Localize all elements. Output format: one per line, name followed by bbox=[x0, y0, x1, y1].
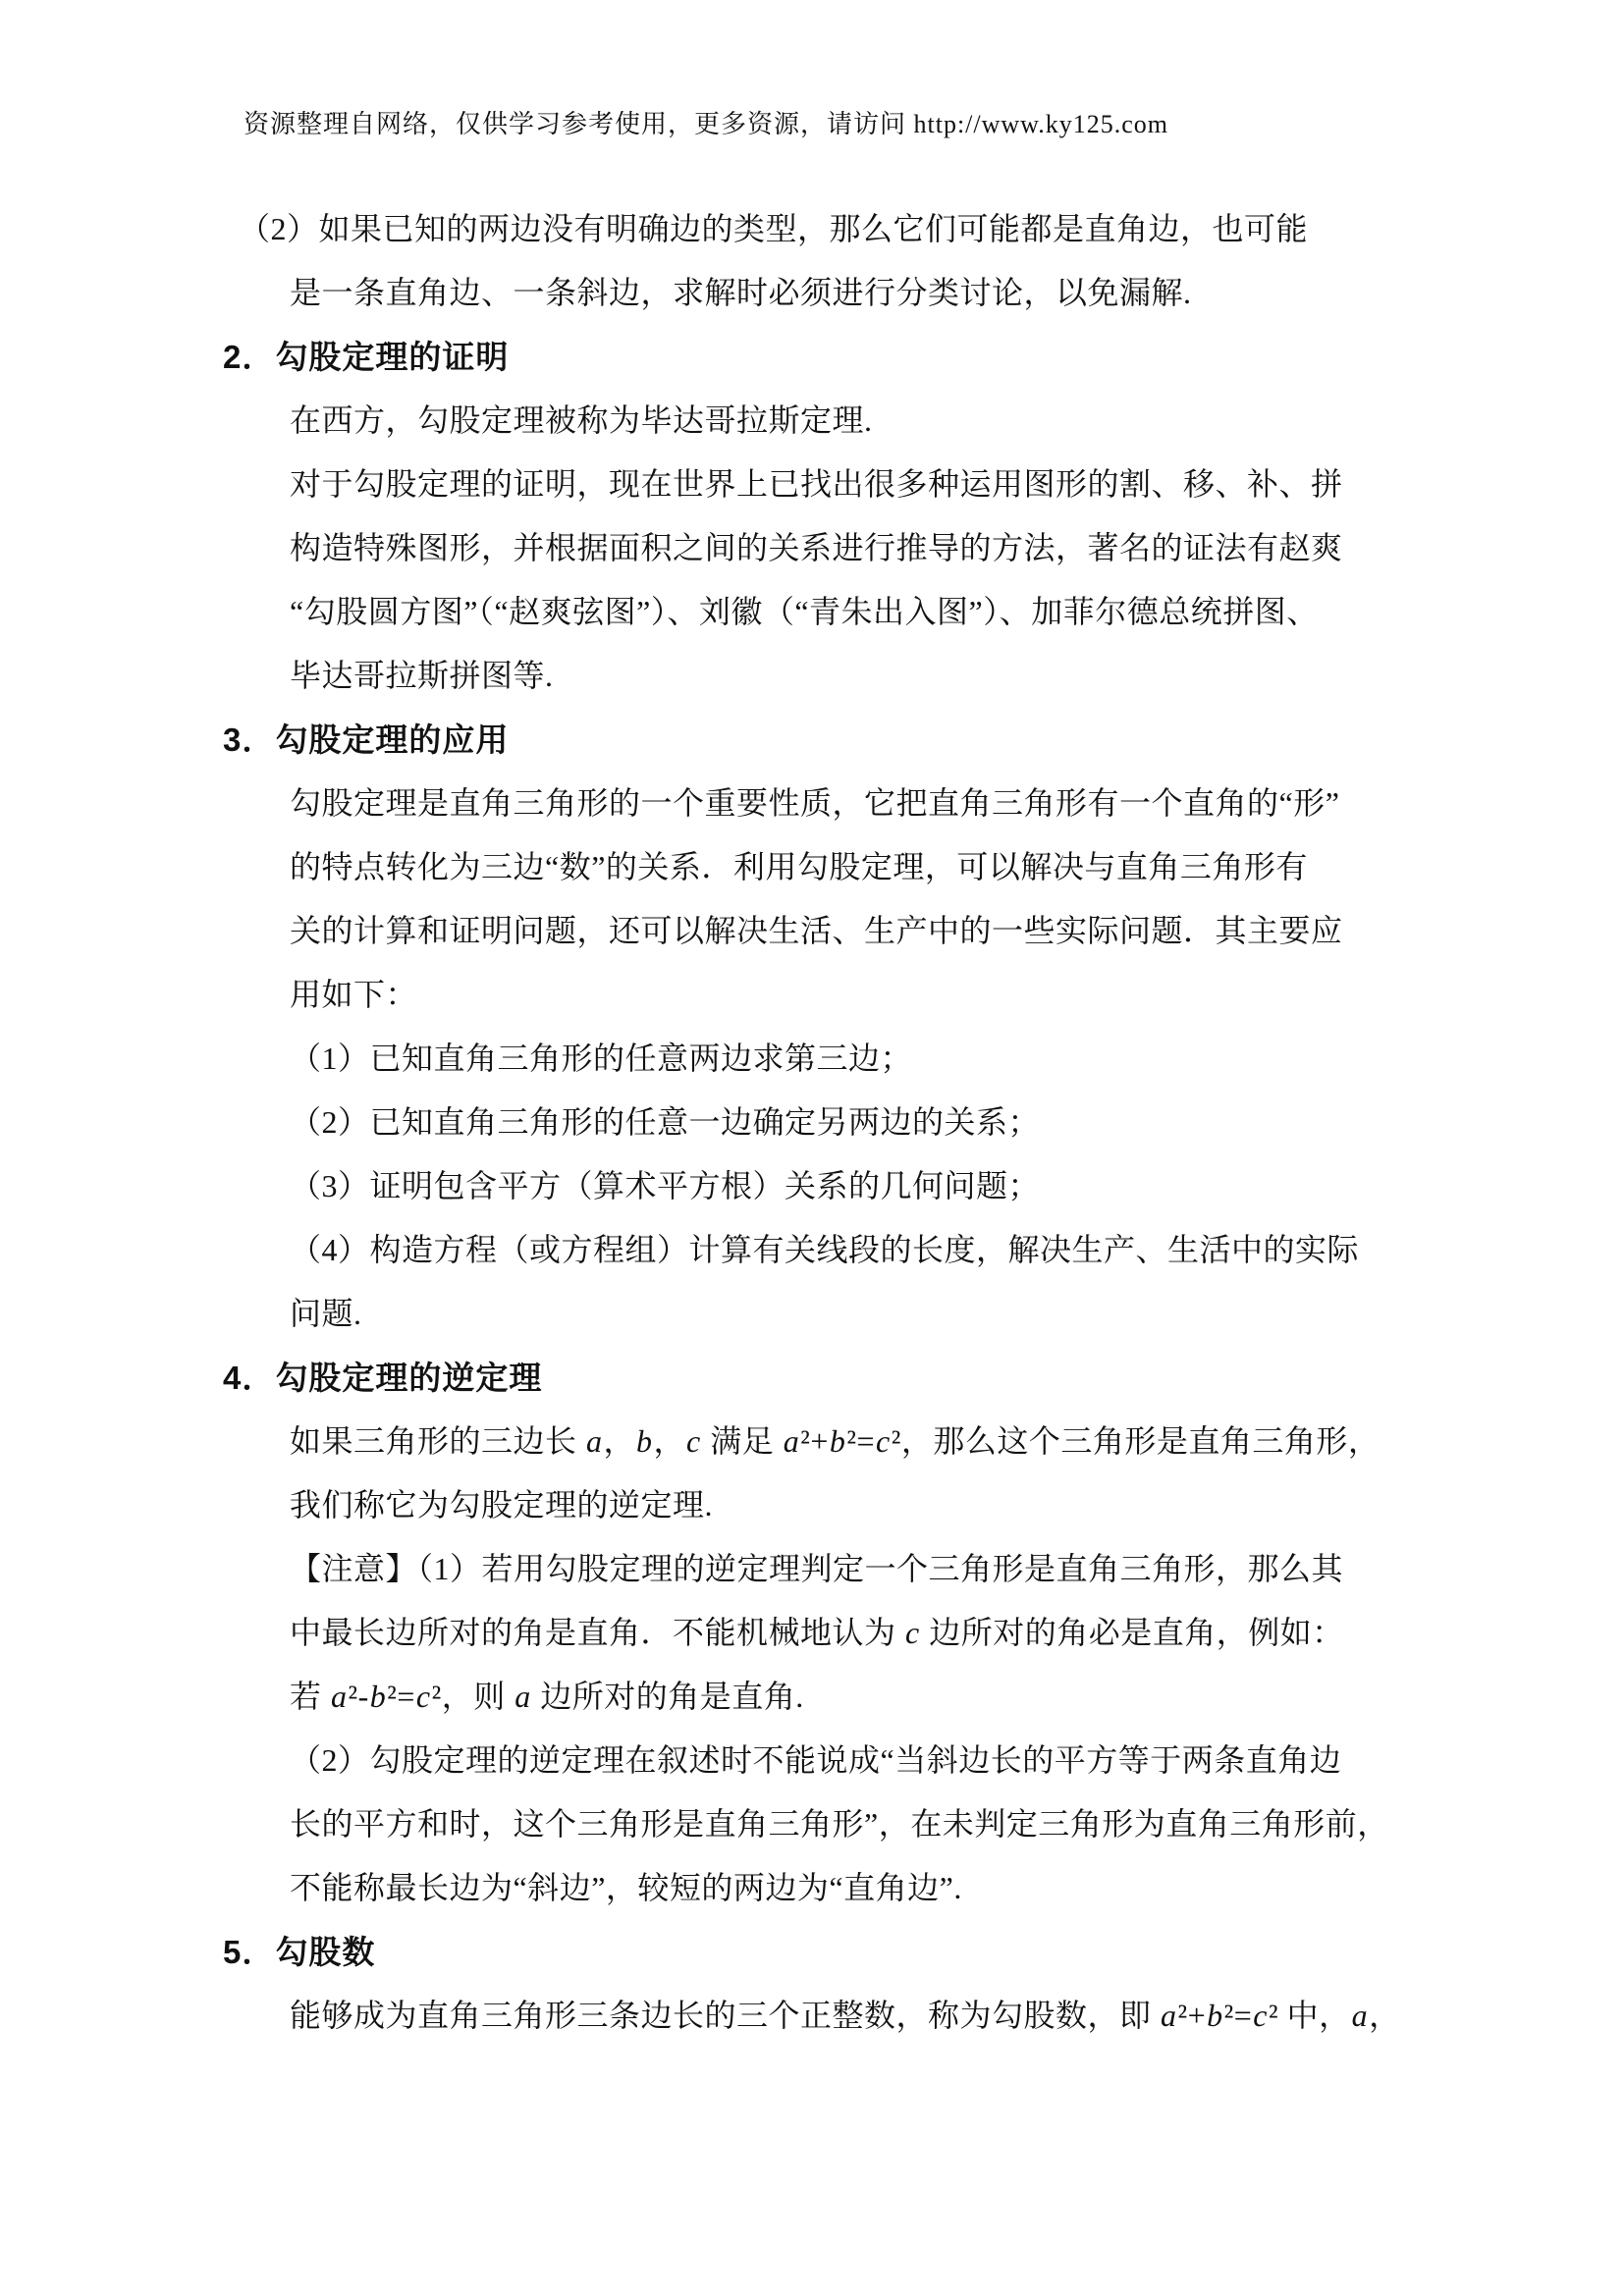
text-line: 用如下： bbox=[290, 963, 1429, 1027]
text-line: 中最长边所对的角是直角．不能机械地认为 c 边所对的角必是直角，例如： bbox=[290, 1601, 1429, 1665]
text-line: 问题. bbox=[290, 1282, 1429, 1346]
math-variable: c bbox=[1252, 1998, 1269, 2033]
text-line: （1）已知直角三角形的任意两边求第三边； bbox=[290, 1027, 1429, 1091]
section-heading: 2．勾股定理的证明 bbox=[223, 325, 1429, 389]
header-note: 资源整理自网络，仅供学习参考使用，更多资源，请访问 http://www.ky1… bbox=[244, 105, 1168, 144]
math-variable: a bbox=[1351, 1998, 1370, 2033]
section-heading: 5．勾股数 bbox=[223, 1920, 1429, 1984]
math-variable: a bbox=[514, 1679, 532, 1714]
text-line: 对于勾股定理的证明，现在世界上已找出很多种运用图形的割、移、补、拼 bbox=[290, 453, 1429, 516]
math-variable: a bbox=[330, 1679, 349, 1714]
text-line: （3）证明包含平方（算术平方根）关系的几何问题； bbox=[290, 1154, 1429, 1218]
text-line: 的特点转化为三边“数”的关系．利用勾股定理，可以解决与直角三角形有 bbox=[290, 835, 1429, 899]
math-variable: b bbox=[635, 1423, 654, 1459]
section-heading: 3．勾股定理的应用 bbox=[223, 708, 1429, 772]
math-variable: a bbox=[1160, 1998, 1178, 2033]
math-variable: b bbox=[829, 1423, 847, 1459]
math-variable: b bbox=[1206, 1998, 1224, 2033]
math-variable: c bbox=[685, 1423, 702, 1459]
text-line: 【注意】（1）若用勾股定理的逆定理判定一个三角形是直角三角形，那么其 bbox=[290, 1537, 1429, 1601]
text-line: 我们称它为勾股定理的逆定理. bbox=[290, 1473, 1429, 1537]
math-variable: a bbox=[585, 1423, 604, 1459]
section-heading: 4．勾股定理的逆定理 bbox=[223, 1346, 1429, 1410]
text-line: 若 a²-b²=c²，则 a 边所对的角是直角. bbox=[290, 1665, 1429, 1729]
document-page: 资源整理自网络，仅供学习参考使用，更多资源，请访问 http://www.ky1… bbox=[0, 0, 1624, 2296]
math-variable: b bbox=[369, 1679, 388, 1714]
text-line: 在西方，勾股定理被称为毕达哥拉斯定理. bbox=[290, 389, 1429, 453]
text-line: 毕达哥拉斯拼图等. bbox=[290, 644, 1429, 708]
text-line: 长的平方和时，这个三角形是直角三角形”，在未判定三角形为直角三角形前， bbox=[290, 1792, 1429, 1856]
text-line: （2）已知直角三角形的任意一边确定另两边的关系； bbox=[290, 1091, 1429, 1154]
math-variable: c bbox=[875, 1423, 892, 1459]
math-variable: c bbox=[904, 1615, 921, 1650]
text-line: 能够成为直角三角形三条边长的三个正整数，称为勾股数，即 a²+b²=c² 中，a… bbox=[290, 1984, 1429, 2048]
text-line: （2）如果已知的两边没有明确边的类型，那么它们可能都是直角边，也可能 bbox=[290, 197, 1429, 261]
text-line: 勾股定理是直角三角形的一个重要性质，它把直角三角形有一个直角的“形” bbox=[290, 772, 1429, 835]
text-line: 关的计算和证明问题，还可以解决生活、生产中的一些实际问题．其主要应 bbox=[290, 899, 1429, 963]
math-variable: a bbox=[783, 1423, 801, 1459]
text-line: 是一条直角边、一条斜边，求解时必须进行分类讨论，以免漏解. bbox=[290, 261, 1429, 325]
text-line: 构造特殊图形，并根据面积之间的关系进行推导的方法，著名的证法有赵爽 bbox=[290, 516, 1429, 580]
document-body: （2）如果已知的两边没有明确边的类型，那么它们可能都是直角边，也可能是一条直角边… bbox=[290, 197, 1429, 2048]
math-variable: c bbox=[415, 1679, 432, 1714]
text-line: （4）构造方程（或方程组）计算有关线段的长度，解决生产、生活中的实际 bbox=[290, 1218, 1429, 1282]
text-line: 如果三角形的三边长 a，b，c 满足 a²+b²=c²，那么这个三角形是直角三角… bbox=[290, 1410, 1429, 1473]
text-line: “勾股圆方图”（“赵爽弦图”）、刘徽（“青朱出入图”）、加菲尔德总统拼图、 bbox=[290, 580, 1429, 644]
text-line: （2）勾股定理的逆定理在叙述时不能说成“当斜边长的平方等于两条直角边 bbox=[290, 1729, 1429, 1792]
text-line: 不能称最长边为“斜边”，较短的两边为“直角边”. bbox=[290, 1856, 1429, 1920]
